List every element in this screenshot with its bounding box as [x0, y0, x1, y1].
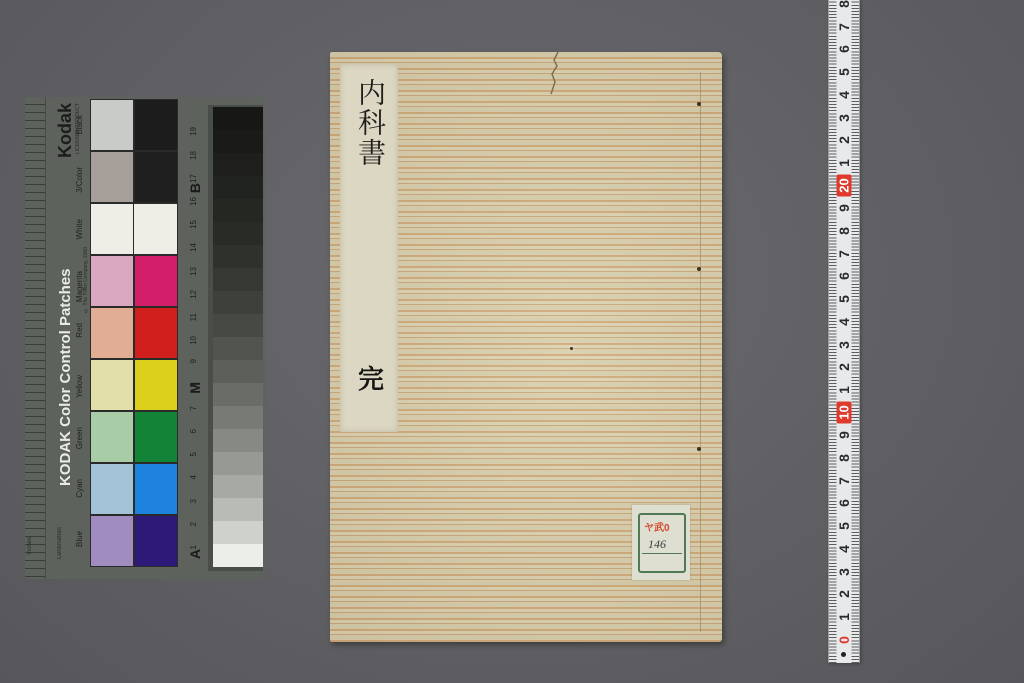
dark-patch-column	[134, 99, 178, 567]
light-patch-column	[90, 99, 134, 567]
label-divider	[642, 553, 682, 554]
gray-step	[213, 130, 263, 153]
ruler-number: 6	[836, 266, 852, 286]
gray-step	[213, 199, 263, 222]
ruler-number: 9	[836, 198, 852, 218]
stain-spot	[570, 347, 573, 350]
patch-magenta-dark	[134, 255, 178, 307]
patch-green-dark	[134, 411, 178, 463]
patch-blue-light	[90, 515, 134, 567]
gray-step	[213, 337, 263, 360]
gray-step-number: 7	[189, 406, 198, 410]
ruler-number: 5	[836, 62, 852, 82]
gray-step	[213, 314, 263, 337]
ruler-number: 8	[836, 0, 852, 14]
patch-cyan-dark	[134, 463, 178, 515]
title-slip: 内科書 完	[340, 64, 398, 432]
patch-3-color-light	[90, 151, 134, 203]
ruler-number: 2	[836, 130, 852, 150]
label-frame: ヤ武0 146	[638, 513, 686, 573]
gray-step-number: 19	[189, 127, 198, 136]
gray-step	[213, 498, 263, 521]
volume-mark: 完	[358, 359, 384, 396]
gray-step	[213, 107, 263, 130]
gray-step-number: 12	[189, 290, 198, 299]
gray-step	[213, 544, 263, 567]
patch-cyan-light	[90, 463, 134, 515]
patch-red-light	[90, 307, 134, 359]
patch-yellow-light	[90, 359, 134, 411]
gray-step	[213, 222, 263, 245]
ruler-number: 5	[836, 516, 852, 536]
ruler-number: 4	[836, 312, 852, 332]
gray-step	[213, 521, 263, 544]
patch-black-dark	[134, 99, 178, 151]
patch-magenta-light	[90, 255, 134, 307]
patch-label: Yellow	[75, 375, 84, 398]
binding-hole	[697, 267, 701, 271]
patch-white-light	[90, 203, 134, 255]
gray-step-number: 16	[189, 197, 198, 206]
gray-step	[213, 360, 263, 383]
patch-3-color-dark	[134, 151, 178, 203]
centimetres-label: Centimetres	[57, 527, 63, 559]
inch-ruler	[25, 97, 46, 579]
label-number: 146	[648, 537, 666, 552]
ruler-number: 9	[836, 425, 852, 445]
patch-label: Black	[75, 115, 84, 135]
library-label: ヤ武0 146	[632, 505, 690, 580]
gray-step-number: 4	[189, 475, 198, 479]
gray-step	[213, 406, 263, 429]
ruler-number: 8	[836, 221, 852, 241]
gray-step-number: 17	[189, 174, 198, 183]
ruler-number: 0	[836, 630, 852, 650]
patch-black-light	[90, 99, 134, 151]
gray-step-number: 5	[189, 452, 198, 456]
ruler-number: 3	[836, 335, 852, 355]
gray-step	[213, 176, 263, 199]
gray-step-number: 13	[189, 267, 198, 276]
patch-white-dark	[134, 203, 178, 255]
book-cover: 内科書 完 ヤ武0 146	[330, 52, 722, 642]
ruler-number: 1	[836, 153, 852, 173]
ruler-number: 20	[837, 174, 852, 196]
ruler-number: 7	[836, 471, 852, 491]
patch-label: White	[75, 219, 84, 239]
gray-marker-a: A	[187, 549, 203, 559]
inches-label: Inches	[27, 537, 33, 555]
kodak-color-card: Kodak LICENSED PRODUCT KODAK Color Contr…	[25, 97, 265, 579]
gray-step-number: 3	[189, 499, 198, 503]
gray-step	[213, 429, 263, 452]
gray-step	[213, 268, 263, 291]
binding-hole	[697, 447, 701, 451]
ruler-number: 5	[836, 289, 852, 309]
gray-step	[213, 291, 263, 314]
ruler-number: 2	[836, 357, 852, 377]
gray-scale-numbers: 12345678910111213141516171819AMB	[185, 97, 207, 579]
gray-step-number: 18	[189, 151, 198, 160]
gray-step	[213, 245, 263, 268]
gray-step	[213, 383, 263, 406]
gray-step-number: 10	[189, 336, 198, 345]
gray-marker-m: M	[187, 382, 203, 394]
ruler-number: 1	[836, 607, 852, 627]
patch-blue-dark	[134, 515, 178, 567]
card-title: KODAK Color Control Patches	[57, 227, 74, 527]
patch-label: Cyan	[75, 479, 84, 498]
patch-label: Red	[75, 323, 84, 338]
label-code: ヤ武0	[644, 519, 670, 534]
ruler-number: 4	[836, 85, 852, 105]
ruler-number: 2	[836, 584, 852, 604]
measuring-tape: 8765432120987654321109876543210	[828, 0, 860, 663]
ruler-number: 3	[836, 108, 852, 128]
binding-hole	[697, 102, 701, 106]
gray-scale-steps	[213, 107, 263, 567]
ruler-number: 4	[836, 539, 852, 559]
gray-step	[213, 452, 263, 475]
binding-line	[700, 72, 701, 632]
gray-step-number: 2	[189, 522, 198, 526]
ruler-number: 1	[836, 380, 852, 400]
kodak-logo: Kodak	[55, 103, 76, 158]
ruler-number: 3	[836, 562, 852, 582]
gray-step-number: 15	[189, 220, 198, 229]
ruler-number: 7	[836, 17, 852, 37]
book-title: 内科書	[352, 78, 388, 168]
cover-crack	[548, 52, 562, 96]
gray-step	[213, 153, 263, 176]
patch-green-light	[90, 411, 134, 463]
gray-step-number: 6	[189, 429, 198, 433]
patch-label: Magenta	[75, 271, 84, 302]
patch-label: Blue	[75, 531, 84, 547]
gray-step-number: 11	[189, 313, 198, 321]
gray-marker-b: B	[187, 183, 203, 193]
patch-label: Green	[75, 427, 84, 449]
patch-label: 3/Color	[75, 167, 84, 193]
gray-step-number: 14	[189, 243, 198, 252]
patch-red-dark	[134, 307, 178, 359]
ruler-end-dot	[841, 652, 846, 657]
ruler-number: 8	[836, 448, 852, 468]
ruler-number: 7	[836, 244, 852, 264]
gray-step-number: 9	[189, 359, 198, 363]
gray-step	[213, 475, 263, 498]
ruler-number: 10	[837, 401, 852, 423]
patch-yellow-dark	[134, 359, 178, 411]
ruler-number: 6	[836, 39, 852, 59]
ruler-number: 6	[836, 493, 852, 513]
